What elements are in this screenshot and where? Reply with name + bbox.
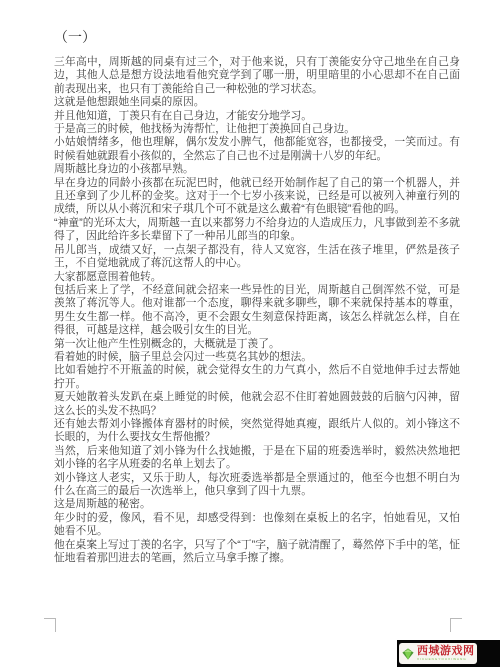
- paragraph: 刘小锋这人老实，又乐于助人，每次班委选举都是全票通过的，他至今也想不明白为什么在…: [54, 472, 460, 499]
- paragraph: 这是周斯越的秘密。: [54, 498, 460, 511]
- paragraph: 夏天她散着头发趴在桌上睡觉的时候，他就会忍不住盯着她圆鼓鼓的后脑勺闪神，留这么长…: [54, 391, 460, 418]
- paragraph: 他在桌案上写过丁羡的名字，只写了个“丁”字，脑子就清醒了，蓦然停下手中的笔，怔怔…: [54, 539, 460, 566]
- paragraph: 吊儿郎当，成绩又好，一点架子都没有，待人又宽容，生活在孩子堆里，俨然是孩子王，不…: [54, 244, 460, 271]
- paragraph: 还有她去帮刘小锋搬体育器材的时候，突然觉得她真瘦，跟纸片人似的。刘小锋这不长眼的…: [54, 418, 460, 445]
- paragraph: 第一次让他产生性别概念的，大概就是丁羡了。: [54, 338, 460, 351]
- watermark-site-name: 西城游戏网: [417, 646, 475, 657]
- bottom-left-margin-mark: [44, 618, 56, 632]
- paragraph: “神童”的光环太大，周斯越一直以来都努力不给身边的人造成压力，凡事做到差不多就得…: [54, 217, 460, 244]
- paragraph: 比如看她拧不开瓶盖的时候，就会觉得女生的力气真小，然后不自觉地伸手过去帮她拧开。: [54, 364, 460, 391]
- watermark-panel: 西城游戏网 XICHENGYOUXIWANG: [399, 643, 477, 664]
- paragraph: 大家都愿意围着他转。: [54, 271, 460, 284]
- section-heading: （一）: [54, 28, 460, 46]
- paragraph: 当然，后来他知道了刘小锋为什么找她搬，于是在下届的班委选举时，毅然决然地把刘小锋…: [54, 445, 460, 472]
- document-page: { "page": { "background": "#ffffff", "te…: [0, 0, 500, 667]
- watermark-text: 西城游戏网 XICHENGYOUXIWANG: [417, 646, 475, 661]
- paragraph: 这就是他想跟她坐同桌的原因。: [54, 96, 460, 109]
- bottom-right-margin-mark: [450, 618, 462, 632]
- watermark-subtext: XICHENGYOUXIWANG: [417, 658, 475, 661]
- gem-logo-icon: [401, 647, 415, 661]
- paragraph: 小姑娘情绪多，他也理解，偶尔发发小脾气，他都能宽容，也都接受，一笑而过。有时候看…: [54, 136, 460, 163]
- paragraph: 周斯越比身边的小孩都早熟。: [54, 163, 460, 176]
- paragraph: 并且他知道，丁羡只有在自己身边，才能安分地学习。: [54, 110, 460, 123]
- watermark-badge: 西城游戏网 XICHENGYOUXIWANG: [397, 640, 500, 667]
- paragraph: 看着她的时候，脑子里总会闪过一些莫名其妙的想法。: [54, 351, 460, 364]
- paragraph: 三年高中，周斯越的同桌有过三个，对于他来说，只有丁羡能安分守己地坐在自己身边，其…: [54, 56, 460, 96]
- paragraph: 包括后来上了学，不经意间就会招来一些异性的目光，周斯越自己倒浑然不觉，可是羡煞了…: [54, 284, 460, 338]
- paragraph: 于是高三的时候，他找杨为涛帮忙，让他把丁羡换回自己身边。: [54, 123, 460, 136]
- page-content: （一） 三年高中，周斯越的同桌有过三个，对于他来说，只有丁羡能安分守己地坐在自己…: [0, 0, 500, 667]
- paragraph: 年少时的爱，像风，看不见，却感受得到：也像刻在桌板上的名字，怕她看见，又怕她看不…: [54, 512, 460, 539]
- story-text: 三年高中，周斯越的同桌有过三个，对于他来说，只有丁羡能安分守己地坐在自己身边，其…: [54, 56, 460, 565]
- paragraph: 早在身边的同龄小孩都在玩泥巴时，他就已经开始制作起了自己的第一个机器人，并且还拿…: [54, 177, 460, 217]
